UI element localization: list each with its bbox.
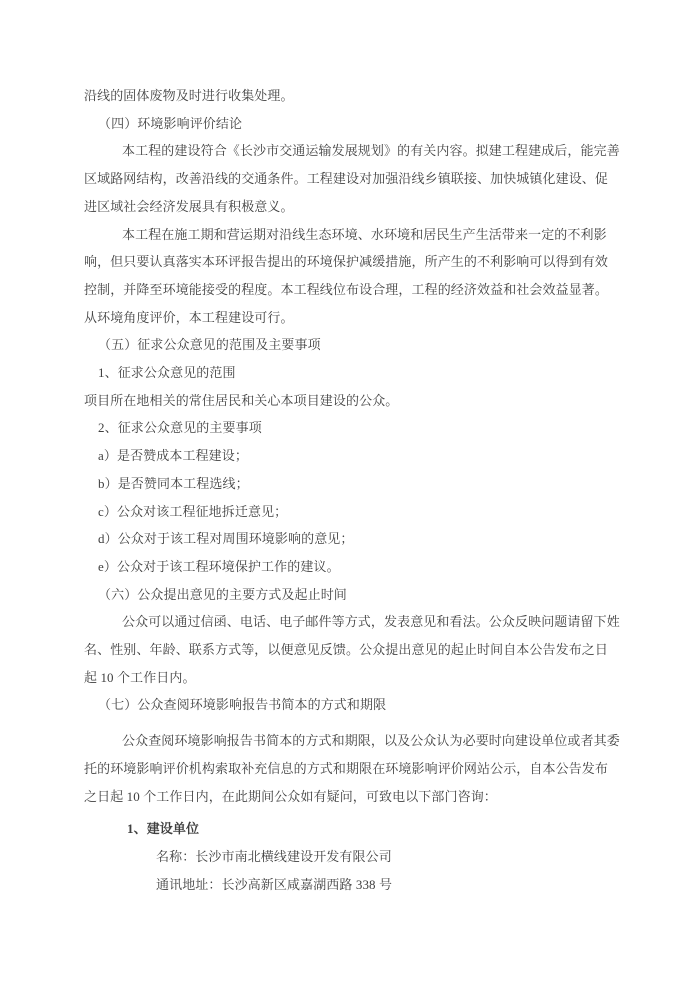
subsection-heading: 1、建设单位 — [84, 815, 621, 843]
list-item: a）是否赞成本工程建设； — [84, 442, 621, 470]
list-item: 2、征求公众意见的主要事项 — [84, 414, 621, 442]
paragraph-continuation: 沿线的固体废物及时进行收集处理。 — [84, 82, 621, 110]
section-heading: （四）环境影响评价结论 — [84, 110, 621, 138]
document-page: 沿线的固体废物及时进行收集处理。（四）环境影响评价结论本工程的建设符合《长沙市交… — [0, 0, 700, 990]
paragraph: 公众查阅环境影响报告书简本的方式和期限，以及公众认为必要时向建设单位或者其委托的… — [84, 727, 621, 810]
paragraph: 公众可以通过信函、电话、电子邮件等方式，发表意见和看法。公众反映问题请留下姓名、… — [84, 608, 621, 691]
section-heading: （七）公众查阅环境影响报告书简本的方式和期限 — [84, 691, 621, 719]
document-body: 沿线的固体废物及时进行收集处理。（四）环境影响评价结论本工程的建设符合《长沙市交… — [84, 82, 621, 898]
list-item: c）公众对该工程征地拆迁意见； — [84, 498, 621, 526]
paragraph: 本工程的建设符合《长沙市交通运输发展规划》的有关内容。拟建工程建成后，能完善区域… — [84, 137, 621, 220]
list-item: b）是否赞同本工程选线； — [84, 470, 621, 498]
contact-info-line: 名称：长沙市南北横线建设开发有限公司 — [84, 843, 621, 871]
paragraph: 本工程在施工期和营运期对沿线生态环境、水环境和居民生产生活带来一定的不利影响，但… — [84, 221, 621, 332]
list-item: 1、征求公众意见的范围 — [84, 359, 621, 387]
contact-info-line: 通讯地址：长沙高新区咸嘉湖西路 338 号 — [84, 871, 621, 899]
section-heading: （六）公众提出意见的主要方式及起止时间 — [84, 581, 621, 609]
list-item: d）公众对于该工程对周围环境影响的意见； — [84, 525, 621, 553]
list-item: e）公众对于该工程环境保护工作的建议。 — [84, 553, 621, 581]
section-heading: （五）征求公众意见的范围及主要事项 — [84, 331, 621, 359]
paragraph-continuation: 项目所在地相关的常住居民和关心本项目建设的公众。 — [84, 387, 621, 415]
